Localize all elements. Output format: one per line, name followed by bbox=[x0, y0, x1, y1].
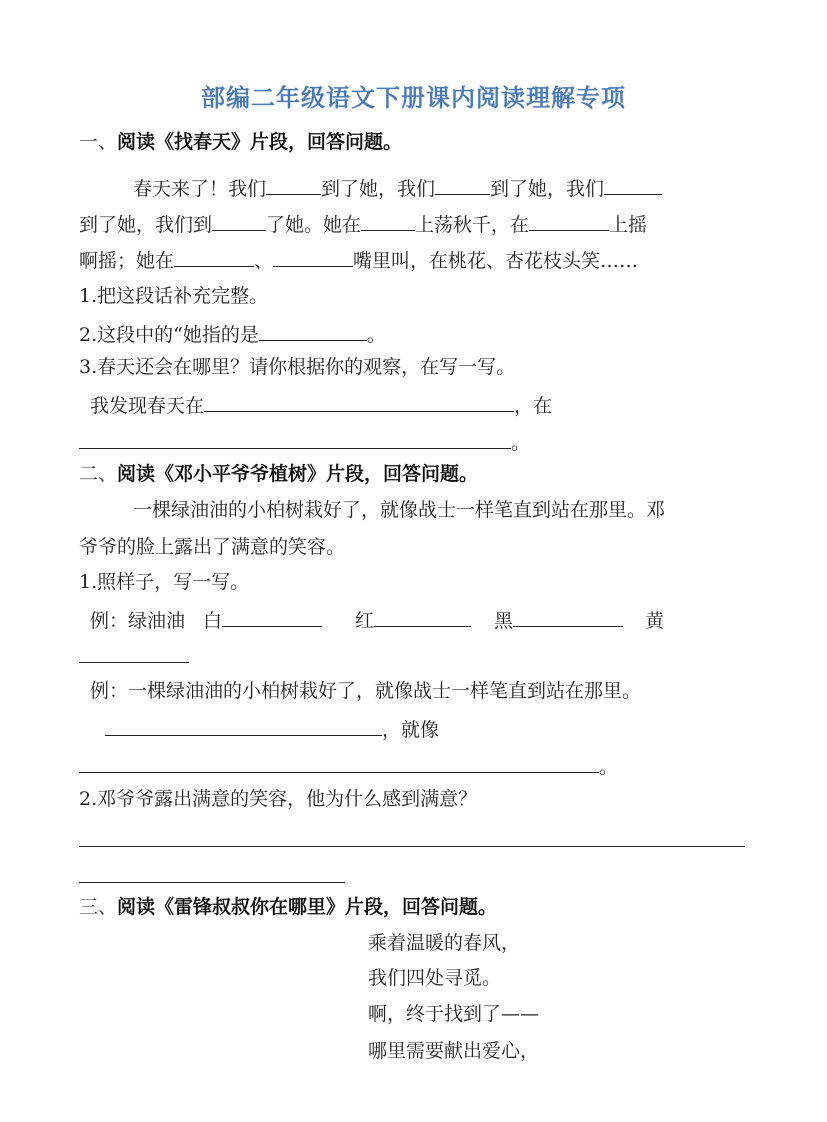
section-number: 三、 bbox=[79, 896, 117, 918]
fill-blank[interactable] bbox=[204, 391, 514, 412]
fill-blank[interactable] bbox=[212, 210, 266, 231]
question-suffix: 。 bbox=[367, 324, 386, 346]
fill-blank[interactable] bbox=[79, 428, 511, 449]
section-3-heading: 三、阅读《雷锋叔叔你在哪里》片段，回答问题。 bbox=[79, 895, 497, 919]
poem-line: 我们四处寻觅。 bbox=[368, 966, 501, 990]
example-2: 例：一棵绿油油的小柏树栽好了，就像战士一样笔直到站在那里。 bbox=[90, 679, 641, 703]
fill-blank[interactable] bbox=[79, 826, 745, 847]
fill-blank[interactable] bbox=[273, 246, 353, 267]
fill-blank[interactable] bbox=[513, 606, 623, 627]
document-title: 部编二年级语文下册课内阅读理解专项 bbox=[0, 78, 827, 113]
answer-line-continued: 。 bbox=[79, 428, 530, 455]
fill-blank[interactable] bbox=[361, 210, 415, 231]
fill-blank[interactable] bbox=[604, 174, 662, 195]
fill-end: 。 bbox=[599, 756, 618, 778]
color-word: 黑 bbox=[494, 610, 513, 632]
section-title: 阅读《雷锋叔叔你在哪里》片段，回答问题。 bbox=[117, 896, 497, 918]
fill-middle: ，就像 bbox=[382, 719, 439, 741]
fill-blank[interactable] bbox=[435, 174, 490, 195]
section-2-heading: 二、阅读《邓小平爷爷植树》片段，回答问题。 bbox=[79, 462, 478, 486]
passage-line: 春天来了！我们到了她，我们到了她，我们 bbox=[133, 174, 662, 201]
question-3: 3.春天还会在哪里？请你根据你的观察，在写一写。 bbox=[79, 355, 515, 379]
question-2: 2.这段中的“她指的是。 bbox=[79, 320, 386, 347]
answer-line bbox=[79, 826, 745, 853]
passage-text: 、 bbox=[254, 250, 273, 272]
question-1: 1.把这段话补充完整。 bbox=[79, 284, 268, 308]
answer-line bbox=[79, 862, 345, 889]
section-1-heading: 一、阅读《找春天》片段，回答问题。 bbox=[79, 130, 402, 154]
answer-end: 。 bbox=[511, 432, 530, 454]
fill-blank[interactable] bbox=[79, 752, 599, 773]
worksheet-page: 部编二年级语文下册课内阅读理解专项 一、阅读《找春天》片段，回答问题。 春天来了… bbox=[0, 0, 827, 1122]
fill-blank[interactable] bbox=[222, 606, 322, 627]
passage-line: 到了她，我们到了她。她在上荡秋千，在上摇 bbox=[79, 210, 647, 237]
fill-blank[interactable] bbox=[174, 246, 254, 267]
question-2: 2.邓爷爷露出满意的笑容，他为什么感到满意？ bbox=[79, 787, 477, 811]
passage-text: 到了她，我们到 bbox=[79, 214, 212, 236]
passage-text: 上荡秋千，在 bbox=[415, 214, 529, 236]
fill-blank[interactable] bbox=[259, 320, 367, 341]
section-title: 阅读《找春天》片段，回答问题。 bbox=[117, 131, 402, 153]
example-prefix: 例：绿油油 bbox=[90, 610, 185, 632]
passage-text: 到了她，我们 bbox=[490, 178, 604, 200]
poem-line: 乘着温暖的春风， bbox=[368, 931, 520, 955]
passage-text: 了她。她在 bbox=[266, 214, 361, 236]
fill-blank[interactable] bbox=[79, 642, 189, 663]
answer-middle: ，在 bbox=[514, 395, 552, 417]
color-word: 红 bbox=[355, 610, 374, 632]
fill-blank[interactable] bbox=[374, 606, 471, 627]
section-number: 二、 bbox=[79, 463, 117, 485]
fill-blank[interactable] bbox=[79, 862, 345, 883]
answer-prefix: 我发现春天在 bbox=[90, 395, 204, 417]
passage-text: 上摇 bbox=[609, 214, 647, 236]
sentence-fill-continued: 。 bbox=[79, 752, 618, 779]
poem-line: 啊，终于找到了—— bbox=[368, 1002, 539, 1026]
fill-blank[interactable] bbox=[529, 210, 609, 231]
color-word: 黄 bbox=[645, 610, 664, 632]
section-title: 阅读《邓小平爷爷植树》片段，回答问题。 bbox=[117, 463, 478, 485]
question-text: 2.这段中的“她指的是 bbox=[79, 324, 259, 346]
answer-line: 我发现春天在，在 bbox=[90, 391, 552, 418]
fill-blank[interactable] bbox=[105, 715, 382, 736]
passage-text: 嘴里叫，在桃花、杏花枝头笑…… bbox=[353, 250, 638, 272]
poem-line: 哪里需要献出爱心， bbox=[368, 1039, 539, 1063]
example-1: 例：绿油油白红黑黄 bbox=[90, 606, 664, 633]
passage-text: 春天来了！我们 bbox=[133, 178, 266, 200]
fill-blank[interactable] bbox=[266, 174, 321, 195]
sentence-fill: ，就像 bbox=[105, 715, 439, 742]
question-1: 1.照样子，写一写。 bbox=[79, 570, 249, 594]
passage-text: 到了她，我们 bbox=[321, 178, 435, 200]
passage-line: 一棵绿油油的小柏树栽好了，就像战士一样笔直到站在那里。邓 bbox=[133, 498, 665, 522]
passage-line: 啊摇；她在、嘴里叫，在桃花、杏花枝头笑…… bbox=[79, 246, 638, 273]
passage-line: 爷爷的脸上露出了满意的笑容。 bbox=[79, 535, 345, 559]
example-1-continued bbox=[79, 642, 189, 669]
section-number: 一、 bbox=[79, 131, 117, 153]
color-word: 白 bbox=[203, 610, 222, 632]
passage-text: 啊摇；她在 bbox=[79, 250, 174, 272]
